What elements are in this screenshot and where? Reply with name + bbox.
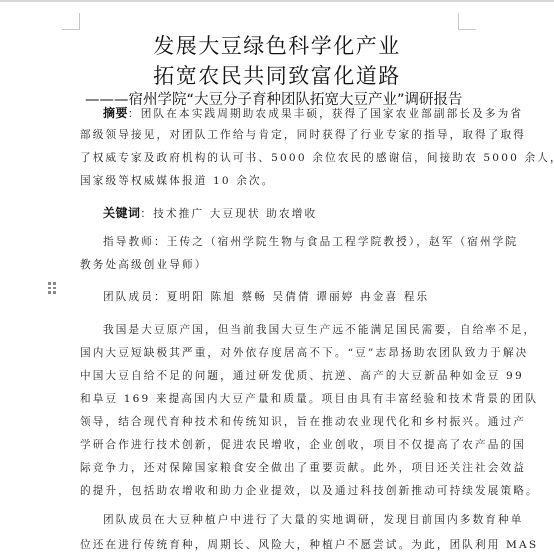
paragraph-drag-handle-icon[interactable] <box>48 282 56 294</box>
team-members-line: 团队成员：夏明阳 陈旭 蔡畅 吴倩倩 谭丽婷 冉金喜 程乐 <box>103 289 429 304</box>
body-p1-line-2: 国内大豆短缺极其严重，对外依存度居高不下。“豆”志昂扬助农团队致力于解决 <box>80 345 528 360</box>
body-p2-line-2: 位还在进行传统育种，周期长、风险大，种植户不愿尝试。为此，团队利用 MAS <box>80 537 538 552</box>
abstract-label: 摘要 <box>103 106 128 120</box>
advisors-line-2: 教务处高级创业导师） <box>80 257 207 272</box>
page-margin-corner-left <box>62 13 80 30</box>
body-p1-line-3: 中国大豆自给不足的问题，通过研发优质、抗逆、高产的大豆新品种如金豆 99 <box>80 368 524 383</box>
window-top-border <box>0 0 554 2</box>
abstract-line-1: 摘要：团队在本实践周期助农成果丰硕，获得了国家农业部副部长及多为省 <box>103 104 523 121</box>
document-title-line1: 发展大豆绿色科学化产业 <box>0 30 554 60</box>
page-margin-corner-right <box>458 13 476 30</box>
body-p1-line-7: 际竞争力，还对保障国家粮食安全做出了重要贡献。此外，项目还关注社会效益 <box>80 460 526 475</box>
document-title-line2: 拓宽农民共同致富化道路 <box>0 60 554 90</box>
keywords-value: 技术推广 大豆现状 助农增收 <box>153 208 317 220</box>
advisors-line-1: 指导教师：王传之（宿州学院生物与食品工程学院教授），赵军（宿州学院 <box>103 234 518 249</box>
abstract-line-4: 国家级等权威媒体报道 10 余次。 <box>80 173 274 188</box>
body-p1-line-6: 学研合作进行技术创新，促进农民增收，企业创收，项目不仅提高了农产品的国 <box>80 437 526 452</box>
body-p2-line-1: 团队成员在大豆种植户中进行了大量的实地调研，发现目前国内多数育种单 <box>103 512 524 527</box>
body-p1-line-1: 我国是大豆原产国，但当前我国大豆生产远不能满足国民需要，自给率不足， <box>103 322 536 337</box>
body-p1-line-5: 领导，结合现代育种技术和传统知识，旨在推动农业现代化和乡村振兴。通过产 <box>80 414 526 429</box>
keywords-label: 关键词 <box>103 206 141 220</box>
abstract-line-3: 了权威专家及政府机构的认可书、5000 余位农民的感谢信，间接助农 5000 余… <box>80 150 554 165</box>
body-p1-line-8: 的提升，包括助农增收和助力企业提效，以及通过科技创新推动可持续发展策略。 <box>80 483 539 498</box>
abstract-line-2: 部级领导接见，对团队工作给与肯定，同时获得了行业专家的指导，取得了取得 <box>80 127 526 142</box>
body-p1-line-4: 和阜豆 169 来提高国内大豆产量和质量。项目由具有丰富经验和技术背景的团队 <box>80 391 538 406</box>
keywords-line: 关键词：技术推广 大豆现状 助农增收 <box>103 204 317 221</box>
